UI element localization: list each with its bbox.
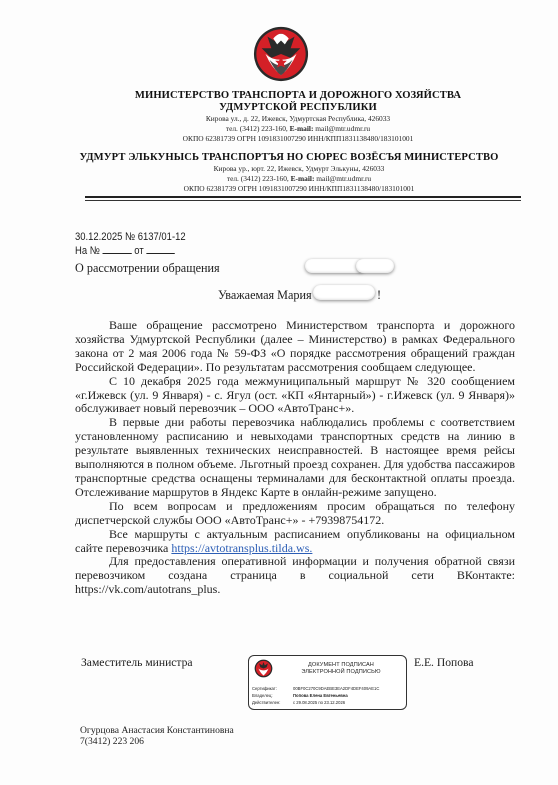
paragraph-2: С 10 декабря 2025 года межмуниципальный … (75, 375, 515, 417)
phone-text: тел. (3412) 223-160, (226, 124, 290, 133)
letterhead-russian: МИНИСТЕРСТВО ТРАНСПОРТА И ДОРОЖНОГО ХОЗЯ… (0, 90, 558, 144)
validity-value: с 29.08.2025 по 23.12.2026 (293, 700, 345, 705)
paragraph-5: Все маршруты с актуальным расписанием оп… (75, 528, 515, 556)
certificate-label: Сертификат: (252, 686, 293, 691)
udmurtia-emblem-icon (252, 25, 310, 83)
letter-body: Ваше обращение рассмотрено Министерством… (75, 319, 515, 597)
executor-info: Огурцова Анастасия Константиновна 7(3412… (80, 725, 234, 747)
redaction-mark (356, 259, 394, 273)
udmurtia-emblem-icon (254, 659, 273, 678)
owner-value: Попова Елена Евгеньевна (293, 693, 348, 698)
ref-from: от (134, 245, 143, 257)
ministry-contacts: тел. (3412) 223-160, E-mail: mail@mtr.ud… (0, 124, 558, 134)
redaction-mark (313, 285, 375, 300)
reference-line: На №от (75, 244, 186, 258)
ministry-address: Кирова ул., д. 22, Ижевск, Удмуртская Ре… (0, 114, 558, 124)
phone-text: тел. (3412) 223-160, (227, 174, 291, 183)
stamp-title: ДОКУМЕНТ ПОДПИСАН ЭЛЕКТРОННОЙ ПОДПИСЬЮ (281, 662, 401, 676)
stamp-title-line2: ЭЛЕКТРОННОЙ ПОДПИСЬЮ (281, 669, 401, 676)
ministry-registry: ОКПО 62381739 ОГРН 1091831007290 ИНН/КПП… (0, 134, 558, 144)
letterhead-udmurt: УДМУРТ ЭЛЬКУНЫСЬ ТРАНСПОРТЪЯ НО СЮРЕС ВО… (0, 152, 558, 194)
signatory-name: Е.Е. Попова (414, 656, 474, 669)
owner-label: Владелец: (252, 693, 293, 698)
letter-page: МИНИСТЕРСТВО ТРАНСПОРТА И ДОРОЖНОГО ХОЗЯ… (0, 0, 558, 785)
header-divider-thin (85, 200, 521, 201)
ref-number-blank (102, 244, 131, 254)
header-divider-thick (85, 196, 521, 198)
ministry-title-udmurt: УДМУРТ ЭЛЬКУНЫСЬ ТРАНСПОРТЪЯ НО СЮРЕС ВО… (0, 152, 558, 164)
ministry-title-line2: УДМУРТСКОЙ РЕСПУБЛИКИ (0, 102, 558, 114)
electronic-signature-stamp: ДОКУМЕНТ ПОДПИСАН ЭЛЕКТРОННОЙ ПОДПИСЬЮ С… (248, 655, 407, 710)
email-text: mail@mtr.udmr.ru (314, 174, 371, 183)
greeting-end: ! (377, 288, 381, 303)
ministry-address-udmurt: Кирова ур., юрт. 22, Ижевск, Удмурт Эльк… (0, 164, 558, 174)
stamp-owner: Владелец:Попова Елена Евгеньевна (252, 693, 348, 698)
email-text: mail@mtr.udmr.ru (313, 124, 370, 133)
ministry-registry-udmurt: ОКПО 62381739 ОГРН 1091831007290 ИНН/КПП… (0, 184, 558, 194)
email-label: E-mail: (290, 124, 314, 133)
stamp-title-line1: ДОКУМЕНТ ПОДПИСАН (281, 662, 401, 669)
ministry-title-line1: МИНИСТЕРСТВО ТРАНСПОРТА И ДОРОЖНОГО ХОЗЯ… (0, 90, 558, 102)
greeting: Уважаемая Мария (218, 288, 312, 303)
ref-prefix: На № (75, 245, 100, 257)
email-label: E-mail: (291, 174, 315, 183)
paragraph-4: По всем вопросам и предложениям просим о… (75, 500, 515, 528)
validity-label: Действителен: (252, 700, 293, 705)
stamp-validity: Действителен:с 29.08.2025 по 23.12.2026 (252, 700, 345, 705)
paragraph-1: Ваше обращение рассмотрено Министерством… (75, 319, 515, 375)
registration-info: 30.12.2025 № 6137/01-12 На №от (75, 231, 186, 258)
carrier-website-link[interactable]: https://avtotransplus.tilda.ws. (171, 541, 312, 555)
stamp-certificate: Сертификат:00BF0C270C9DAEBE3EA2DF4DEF409… (252, 686, 379, 691)
executor-name: Огурцова Анастасия Константиновна (80, 725, 234, 736)
paragraph-6: Для предоставления оперативной информаци… (75, 555, 515, 597)
date-number: 30.12.2025 № 6137/01-12 (75, 231, 186, 244)
letter-subject: О рассмотрении обращения (75, 261, 220, 276)
certificate-value: 00BF0C270C9DAEBE3EA2DF4DEF409AE1C (293, 686, 379, 691)
ministry-contacts-udmurt: тел. (3412) 223-160, E-mail: mail@mtr.ud… (0, 174, 558, 184)
executor-phone: 7(3412) 223 206 (80, 736, 234, 747)
paragraph-3: В первые дни работы перевозчика наблюдал… (75, 416, 515, 499)
signatory-role: Заместитель министра (81, 656, 193, 669)
ref-date-blank (146, 244, 174, 254)
